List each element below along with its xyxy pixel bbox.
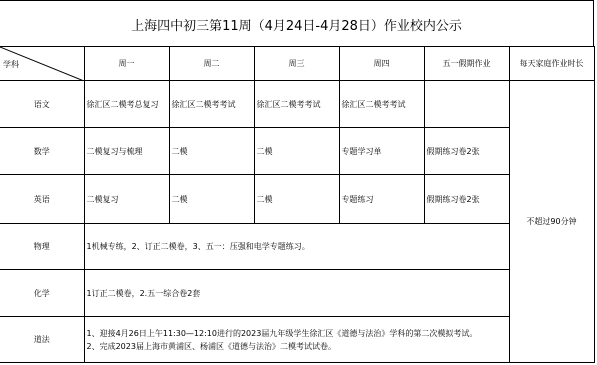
daily-duration-cell: 不超过90分钟: [509, 81, 594, 363]
merged-homework-cell: 1订正二模卷，2.五一综合卷2套: [84, 270, 509, 317]
homework-cell: 二模: [254, 175, 339, 224]
table-row: 道法 1、迎接4月26日上午11:30—12:10进行的2023届九年级学生徐汇…: [0, 317, 594, 363]
merged-homework-cell: 1、迎接4月26日上午11:30—12:10进行的2023届九年级学生徐汇区《道…: [84, 317, 509, 363]
table-row: 化学 1订正二模卷，2.五一综合卷2套: [0, 270, 594, 317]
subject-cell: 语文: [0, 81, 84, 128]
homework-cell: 专题练习: [339, 175, 424, 224]
homework-announcement-sheet: 上海四中初三第11周（4月24日-4月28日）作业校内公示 学科 周一 周二 周…: [0, 0, 597, 365]
column-header-wed: 周三: [254, 47, 339, 81]
table-row: 语文 徐汇区二模考总复习 徐汇区二模考考试 徐汇区二模考考试 徐汇区二模考考试 …: [0, 81, 594, 128]
column-header-mon: 周一: [84, 47, 169, 81]
column-header-tue: 周二: [169, 47, 254, 81]
subject-label: 学科: [3, 58, 19, 71]
homework-cell: 徐汇区二模考考试: [254, 81, 339, 128]
column-header-holiday: 五一假期作业: [424, 47, 509, 81]
subject-cell: 数学: [0, 128, 84, 175]
corner-header-cell: 学科: [0, 47, 84, 81]
homework-table: 学科 周一 周二 周三 周四 五一假期作业 每天家庭作业时长 语文 徐汇区二模考…: [0, 46, 595, 363]
table-row: 物理 1机械专练，2、订正二模卷，3、五一：压强和电学专题练习。: [0, 224, 594, 270]
homework-cell: 徐汇区二模考考试: [339, 81, 424, 128]
subject-cell: 化学: [0, 270, 84, 317]
page-title: 上海四中初三第11周（4月24日-4月28日）作业校内公示: [0, 0, 594, 47]
subject-cell: 物理: [0, 224, 84, 270]
homework-cell: 专题学习单: [339, 128, 424, 175]
homework-cell: [424, 81, 509, 128]
homework-cell: 徐汇区二模考总复习: [84, 81, 169, 128]
homework-cell: 二模: [169, 175, 254, 224]
header-row: 学科 周一 周二 周三 周四 五一假期作业 每天家庭作业时长: [0, 47, 594, 81]
table-row: 英语 二模复习 二模 二模 专题练习 假期练习卷2张: [0, 175, 594, 224]
subject-cell: 英语: [0, 175, 84, 224]
homework-cell: 二模复习与梳理: [84, 128, 169, 175]
column-header-thu: 周四: [339, 47, 424, 81]
homework-cell: 二模: [254, 128, 339, 175]
homework-line: 2、完成2023届上海市黄浦区、杨浦区《道德与法治》二模考试试卷。: [87, 340, 507, 353]
homework-cell: 假期练习卷2张: [424, 128, 509, 175]
homework-cell: 徐汇区二模考考试: [169, 81, 254, 128]
merged-homework-cell: 1机械专练，2、订正二模卷，3、五一：压强和电学专题练习。: [84, 224, 509, 270]
column-header-duration: 每天家庭作业时长: [509, 47, 594, 81]
homework-line: 1、迎接4月26日上午11:30—12:10进行的2023届九年级学生徐汇区《道…: [87, 327, 507, 340]
homework-cell: 二模复习: [84, 175, 169, 224]
subject-cell: 道法: [0, 317, 84, 363]
homework-cell: 假期练习卷2张: [424, 175, 509, 224]
homework-cell: 二模: [169, 128, 254, 175]
table-row: 数学 二模复习与梳理 二模 二模 专题学习单 假期练习卷2张: [0, 128, 594, 175]
